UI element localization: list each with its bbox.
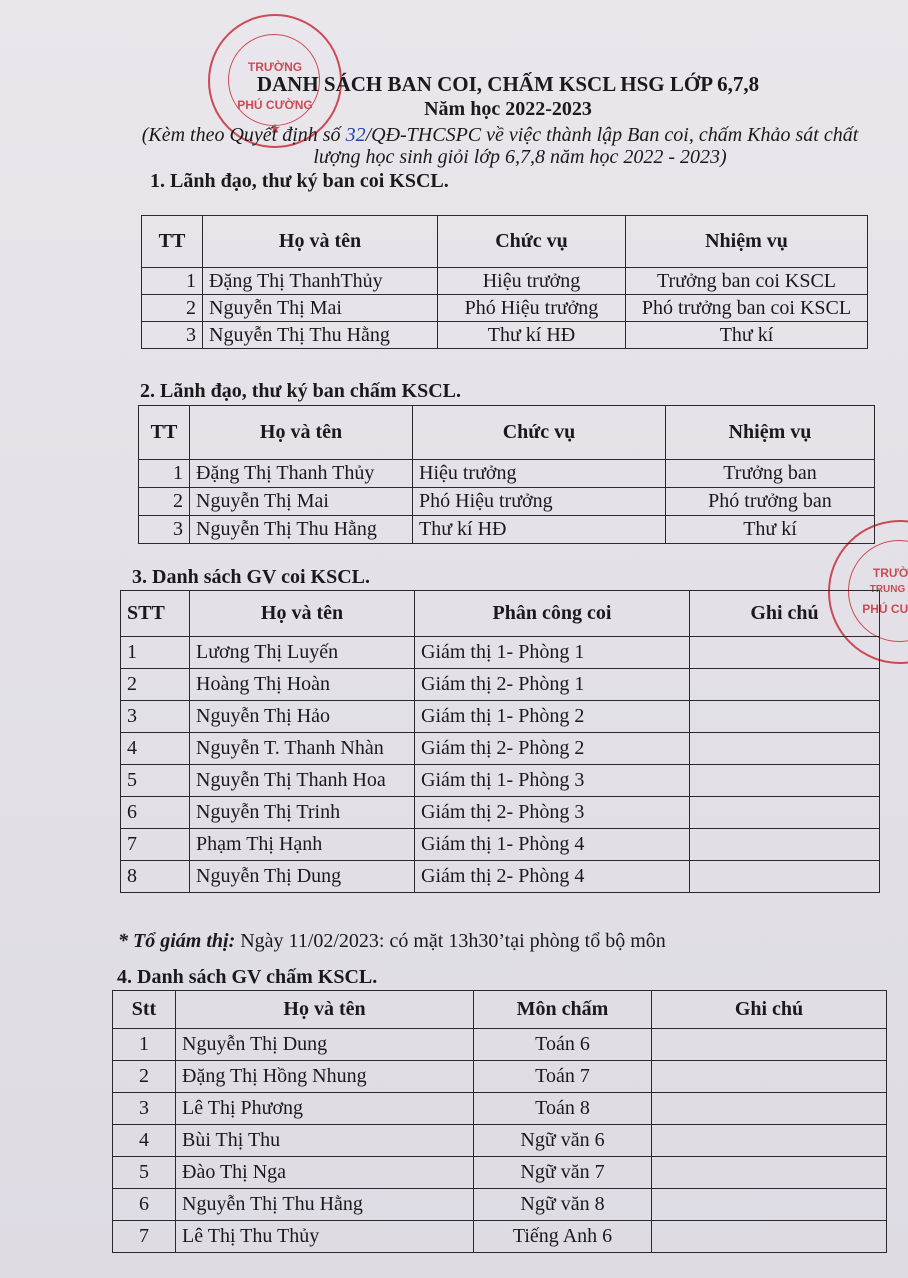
table-row: 1Đặng Thị Thanh ThủyHiệu trưởngTrưởng ba… <box>139 460 875 488</box>
table-row: 3Nguyễn Thị Thu HằngThư kí HĐThư kí <box>139 516 875 544</box>
table-row: 2Nguyễn Thị MaiPhó Hiệu trưởngPhó trưởng… <box>139 488 875 516</box>
notes-cell <box>690 669 880 701</box>
person-name: Nguyễn Thị Trinh <box>190 797 415 829</box>
table-row: 3Nguyễn Thị HảoGiám thị 1- Phòng 2 <box>121 701 880 733</box>
person-name: Phạm Thị Hạnh <box>190 829 415 861</box>
role-cell: Thư kí HĐ <box>438 322 626 349</box>
col-header: STT <box>121 591 190 637</box>
row-number: 2 <box>139 488 190 516</box>
table-row: 6Nguyễn Thị TrinhGiám thị 2- Phòng 3 <box>121 797 880 829</box>
row-number: 3 <box>139 516 190 544</box>
table-row: 3Nguyễn Thị Thu HằngThư kí HĐThư kí <box>142 322 868 349</box>
role-cell: Giám thị 1- Phòng 2 <box>415 701 690 733</box>
table-row: 2Nguyễn Thị MaiPhó Hiệu trưởngPhó trưởng… <box>142 295 868 322</box>
role-cell: Hiệu trưởng <box>438 268 626 295</box>
table-row: 3Lê Thị PhươngToán 8 <box>113 1093 887 1125</box>
person-name: Nguyễn Thị Thu Hằng <box>203 322 438 349</box>
notes-cell <box>652 1093 887 1125</box>
notes-cell: Trưởng ban <box>666 460 875 488</box>
row-number: 3 <box>113 1093 176 1125</box>
person-name: Lê Thị Phương <box>176 1093 474 1125</box>
role-cell: Giám thị 2- Phòng 4 <box>415 861 690 893</box>
section2-rows: 1Đặng Thị Thanh ThủyHiệu trưởngTrưởng ba… <box>139 460 875 544</box>
notes-cell <box>690 797 880 829</box>
row-number: 5 <box>121 765 190 797</box>
section3-heading: 3. Danh sách GV coi KSCL. <box>132 566 370 589</box>
invigilator-note: * Tổ giám thị: Ngày 11/02/2023: có mặt 1… <box>118 930 666 953</box>
row-number: 4 <box>113 1125 176 1157</box>
row-number: 2 <box>121 669 190 701</box>
person-name: Đặng Thị Hồng Nhung <box>176 1061 474 1093</box>
role-cell: Phó Hiệu trưởng <box>413 488 666 516</box>
section1-table: TT Họ và tên Chức vụ Nhiệm vụ 1Đặng Thị … <box>141 215 868 349</box>
person-name: Hoàng Thị Hoàn <box>190 669 415 701</box>
notes-cell <box>652 1125 887 1157</box>
role-cell: Giám thị 2- Phòng 3 <box>415 797 690 829</box>
reference-suffix: /QĐ-THCSPC về việc thành lập Ban coi, ch… <box>366 124 859 146</box>
person-name: Nguyễn Thị Thu Hằng <box>190 516 413 544</box>
col-header: Nhiệm vụ <box>626 216 868 268</box>
col-header: TT <box>142 216 203 268</box>
table-row: 8Nguyễn Thị DungGiám thị 2- Phòng 4 <box>121 861 880 893</box>
row-number: 1 <box>113 1029 176 1061</box>
section3-table: STT Họ và tên Phân công coi Ghi chú 1Lươ… <box>120 590 880 893</box>
role-cell: Toán 7 <box>474 1061 652 1093</box>
role-cell: Ngữ văn 6 <box>474 1125 652 1157</box>
notes-cell <box>652 1061 887 1093</box>
person-name: Lương Thị Luyến <box>190 637 415 669</box>
table-row: 1Đặng Thị ThanhThủyHiệu trưởngTrưởng ban… <box>142 268 868 295</box>
col-header: Nhiệm vụ <box>666 406 875 460</box>
row-number: 4 <box>121 733 190 765</box>
col-header: Ghi chú <box>652 991 887 1029</box>
notes-cell <box>690 861 880 893</box>
role-cell: Giám thị 2- Phòng 1 <box>415 669 690 701</box>
col-header: Họ và tên <box>190 406 413 460</box>
notes-cell <box>652 1157 887 1189</box>
role-cell: Giám thị 1- Phòng 4 <box>415 829 690 861</box>
notes-cell <box>690 637 880 669</box>
person-name: Nguyễn T. Thanh Nhàn <box>190 733 415 765</box>
section4-rows: 1Nguyễn Thị DungToán 62Đặng Thị Hồng Nhu… <box>113 1029 887 1253</box>
person-name: Nguyễn Thị Mai <box>190 488 413 516</box>
person-name: Nguyễn Thị Dung <box>190 861 415 893</box>
row-number: 5 <box>113 1157 176 1189</box>
person-name: Nguyễn Thị Thanh Hoa <box>190 765 415 797</box>
section1-heading: 1. Lãnh đạo, thư ký ban coi KSCL. <box>150 170 449 193</box>
table-row: 4Bùi Thị ThuNgữ văn 6 <box>113 1125 887 1157</box>
person-name: Nguyễn Thị Thu Hằng <box>176 1189 474 1221</box>
decision-reference-line2: lượng học sinh giỏi lớp 6,7,8 năm học 20… <box>100 146 900 169</box>
decision-reference: (Kèm theo Quyết định số 32/QĐ-THCSPC về … <box>100 124 900 147</box>
person-name: Nguyễn Thị Dung <box>176 1029 474 1061</box>
person-name: Nguyễn Thị Hảo <box>190 701 415 733</box>
col-header: Môn chấm <box>474 991 652 1029</box>
section2-heading: 2. Lãnh đạo, thư ký ban chấm KSCL. <box>140 380 461 403</box>
role-cell: Toán 8 <box>474 1093 652 1125</box>
notes-cell: Thư kí <box>666 516 875 544</box>
table-row: 1Lương Thị LuyếnGiám thị 1- Phòng 1 <box>121 637 880 669</box>
table-row: 2Đặng Thị Hồng NhungToán 7 <box>113 1061 887 1093</box>
row-number: 8 <box>121 861 190 893</box>
role-cell: Phó Hiệu trưởng <box>438 295 626 322</box>
notes-cell <box>652 1189 887 1221</box>
row-number: 3 <box>142 322 203 349</box>
person-name: Đặng Thị ThanhThủy <box>203 268 438 295</box>
reference-prefix: (Kèm theo Quyết định số <box>142 124 346 146</box>
col-header: Họ và tên <box>190 591 415 637</box>
table-row: 5Nguyễn Thị Thanh HoaGiám thị 1- Phòng 3 <box>121 765 880 797</box>
col-header: Họ và tên <box>203 216 438 268</box>
role-cell: Thư kí HĐ <box>413 516 666 544</box>
col-header: Chức vụ <box>438 216 626 268</box>
person-name: Bùi Thị Thu <box>176 1125 474 1157</box>
role-cell: Ngữ văn 7 <box>474 1157 652 1189</box>
table-row: 6Nguyễn Thị Thu HằngNgữ văn 8 <box>113 1189 887 1221</box>
notes-cell: Trưởng ban coi KSCL <box>626 268 868 295</box>
notes-cell <box>690 701 880 733</box>
section3-rows: 1Lương Thị LuyếnGiám thị 1- Phòng 12Hoàn… <box>121 637 880 893</box>
stamp-line1: TRƯỜNG <box>830 566 908 580</box>
section4-heading: 4. Danh sách GV chấm KSCL. <box>117 966 377 989</box>
person-name: Lê Thị Thu Thủy <box>176 1221 474 1253</box>
table-row: 1Nguyễn Thị DungToán 6 <box>113 1029 887 1061</box>
person-name: Đặng Thị Thanh Thủy <box>190 460 413 488</box>
note-text: Ngày 11/02/2023: có mặt 13h30’tại phòng … <box>235 930 666 952</box>
note-label: * Tổ giám thị: <box>118 930 235 952</box>
col-header: Ghi chú <box>690 591 880 637</box>
notes-cell <box>690 765 880 797</box>
notes-cell <box>690 829 880 861</box>
row-number: 2 <box>142 295 203 322</box>
row-number: 6 <box>113 1189 176 1221</box>
row-number: 6 <box>121 797 190 829</box>
role-cell: Giám thị 1- Phòng 1 <box>415 637 690 669</box>
role-cell: Hiệu trưởng <box>413 460 666 488</box>
row-number: 1 <box>121 637 190 669</box>
section2-table: TT Họ và tên Chức vụ Nhiệm vụ 1Đặng Thị … <box>138 405 875 544</box>
row-number: 3 <box>121 701 190 733</box>
table-row: 7Phạm Thị HạnhGiám thị 1- Phòng 4 <box>121 829 880 861</box>
notes-cell <box>652 1221 887 1253</box>
role-cell: Giám thị 2- Phòng 2 <box>415 733 690 765</box>
person-name: Đào Thị Nga <box>176 1157 474 1189</box>
col-header: TT <box>139 406 190 460</box>
col-header: Chức vụ <box>413 406 666 460</box>
person-name: Nguyễn Thị Mai <box>203 295 438 322</box>
document-title: DANH SÁCH BAN COI, CHẤM KSCL HSG LỚP 6,7… <box>228 72 788 97</box>
section4-table: Stt Họ và tên Môn chấm Ghi chú 1Nguyễn T… <box>112 990 887 1253</box>
table-row: 7Lê Thị Thu ThủyTiếng Anh 6 <box>113 1221 887 1253</box>
notes-cell: Thư kí <box>626 322 868 349</box>
col-header: Phân công coi <box>415 591 690 637</box>
role-cell: Toán 6 <box>474 1029 652 1061</box>
section1-rows: 1Đặng Thị ThanhThủyHiệu trưởngTrưởng ban… <box>142 268 868 349</box>
role-cell: Tiếng Anh 6 <box>474 1221 652 1253</box>
row-number: 2 <box>113 1061 176 1093</box>
col-header: Stt <box>113 991 176 1029</box>
notes-cell: Phó trưởng ban <box>666 488 875 516</box>
notes-cell: Phó trưởng ban coi KSCL <box>626 295 868 322</box>
role-cell: Giám thị 1- Phòng 3 <box>415 765 690 797</box>
role-cell: Ngữ văn 8 <box>474 1189 652 1221</box>
table-row: 2Hoàng Thị HoànGiám thị 2- Phòng 1 <box>121 669 880 701</box>
handwritten-number: 32 <box>346 124 366 146</box>
school-year: Năm học 2022-2023 <box>228 98 788 121</box>
col-header: Họ và tên <box>176 991 474 1029</box>
row-number: 7 <box>121 829 190 861</box>
row-number: 7 <box>113 1221 176 1253</box>
notes-cell <box>690 733 880 765</box>
notes-cell <box>652 1029 887 1061</box>
table-row: 5Đào Thị NgaNgữ văn 7 <box>113 1157 887 1189</box>
table-row: 4Nguyễn T. Thanh NhànGiám thị 2- Phòng 2 <box>121 733 880 765</box>
row-number: 1 <box>139 460 190 488</box>
row-number: 1 <box>142 268 203 295</box>
